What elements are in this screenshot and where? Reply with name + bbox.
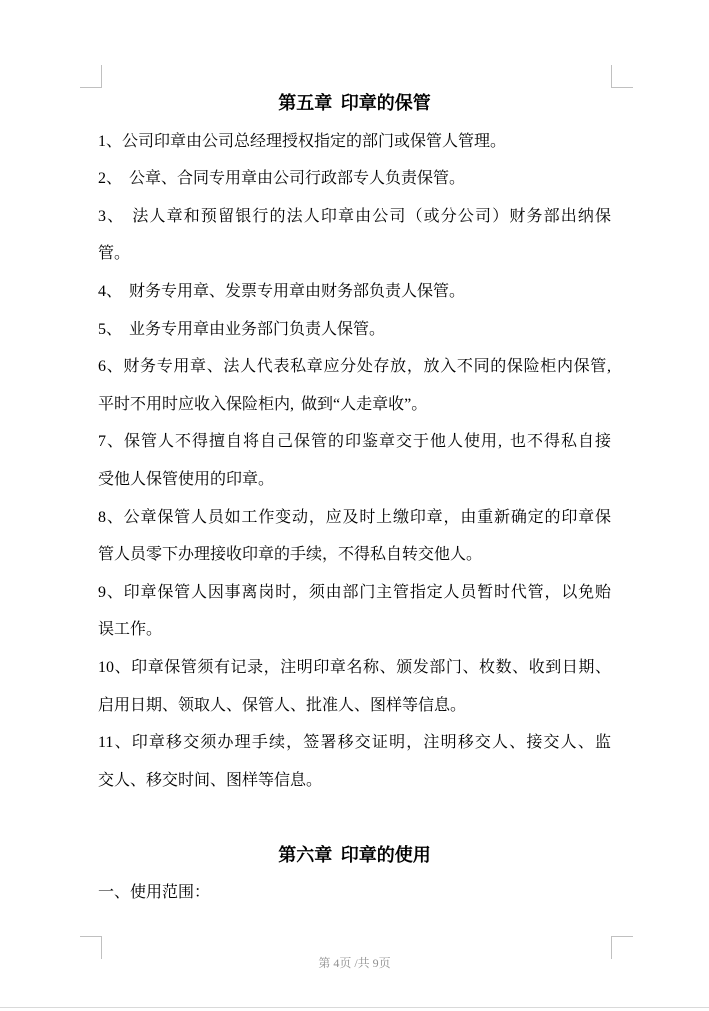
document-content: 第五章 印章的保管1、公司印章由公司总经理授权指定的部门或保管人管理。2、 公章… — [98, 85, 611, 912]
paragraph: 2、 公章、合同专用章由公司行政部专人负责保管。 — [98, 160, 611, 198]
paragraph-line: 2、 公章、合同专用章由公司行政部专人负责保管。 — [98, 160, 611, 198]
chapter-title: 第五章 印章的保管 — [98, 85, 611, 123]
paragraph-line: 误工作。 — [98, 611, 611, 649]
page-bottom-edge — [0, 1007, 709, 1008]
paragraph: 9、印章保管人因事离岗时，须由部门主管指定人员暂时代管，以免贻误工作。 — [98, 574, 611, 649]
paragraph-line: 7、保管人不得擅自将自己保管的印鉴章交于他人使用, 也不得私自接 — [98, 423, 611, 461]
document-page: 第五章 印章的保管1、公司印章由公司总经理授权指定的部门或保管人管理。2、 公章… — [0, 0, 709, 1011]
paragraph-line: 5、 业务专用章由业务部门负责人保管。 — [98, 311, 611, 349]
paragraph-line: 8、公章保管人员如工作变动，应及时上缴印章，由重新确定的印章保 — [98, 499, 611, 537]
page-footer: 第 4页 /共 9页 — [0, 951, 709, 975]
paragraph: 一、使用范围： — [98, 874, 611, 912]
paragraph-line: 6、财务专用章、法人代表私章应分处存放，放入不同的保险柜内保管, — [98, 348, 611, 386]
paragraph: 10、印章保管须有记录，注明印章名称、颁发部门、枚数、收到日期、启用日期、领取人… — [98, 649, 611, 724]
paragraph-line: 启用日期、领取人、保管人、批准人、图样等信息。 — [98, 687, 611, 725]
paragraph-line: 交人、移交时间、图样等信息。 — [98, 762, 611, 800]
paragraph: 1、公司印章由公司总经理授权指定的部门或保管人管理。 — [98, 123, 611, 161]
paragraph-line: 管。 — [98, 235, 611, 273]
crop-mark-top-right-icon — [611, 65, 633, 88]
paragraph-line: 11、印章移交须办理手续，签署移交证明，注明移交人、接交人、监 — [98, 724, 611, 762]
paragraph: 4、 财务专用章、发票专用章由财务部负责人保管。 — [98, 273, 611, 311]
chapter-section: 第五章 印章的保管1、公司印章由公司总经理授权指定的部门或保管人管理。2、 公章… — [98, 85, 611, 799]
paragraph-line: 10、印章保管须有记录，注明印章名称、颁发部门、枚数、收到日期、 — [98, 649, 611, 687]
chapter-title: 第六章 印章的使用 — [98, 837, 611, 875]
paragraph-line: 1、公司印章由公司总经理授权指定的部门或保管人管理。 — [98, 123, 611, 161]
paragraph: 11、印章移交须办理手续，签署移交证明，注明移交人、接交人、监交人、移交时间、图… — [98, 724, 611, 799]
paragraph: 8、公章保管人员如工作变动，应及时上缴印章，由重新确定的印章保管人员零下办理接收… — [98, 499, 611, 574]
paragraph-line: 管人员零下办理接收印章的手续，不得私自转交他人。 — [98, 536, 611, 574]
paragraph-line: 一、使用范围： — [98, 874, 611, 912]
paragraph: 3、 法人章和预留银行的法人印章由公司（或分公司）财务部出纳保管。 — [98, 198, 611, 273]
paragraph-line: 受他人保管使用的印章。 — [98, 461, 611, 499]
paragraph: 6、财务专用章、法人代表私章应分处存放，放入不同的保险柜内保管,平时不用时应收入… — [98, 348, 611, 423]
chapter-section: 第六章 印章的使用一、使用范围： — [98, 837, 611, 912]
paragraph-line: 4、 财务专用章、发票专用章由财务部负责人保管。 — [98, 273, 611, 311]
paragraph-line: 3、 法人章和预留银行的法人印章由公司（或分公司）财务部出纳保 — [98, 198, 611, 236]
paragraph: 7、保管人不得擅自将自己保管的印鉴章交于他人使用, 也不得私自接受他人保管使用的… — [98, 423, 611, 498]
paragraph: 5、 业务专用章由业务部门负责人保管。 — [98, 311, 611, 349]
paragraph-line: 9、印章保管人因事离岗时，须由部门主管指定人员暂时代管，以免贻 — [98, 574, 611, 612]
paragraph-line: 平时不用时应收入保险柜内, 做到“人走章收”。 — [98, 386, 611, 424]
page-number: 第 4页 /共 9页 — [318, 956, 390, 970]
